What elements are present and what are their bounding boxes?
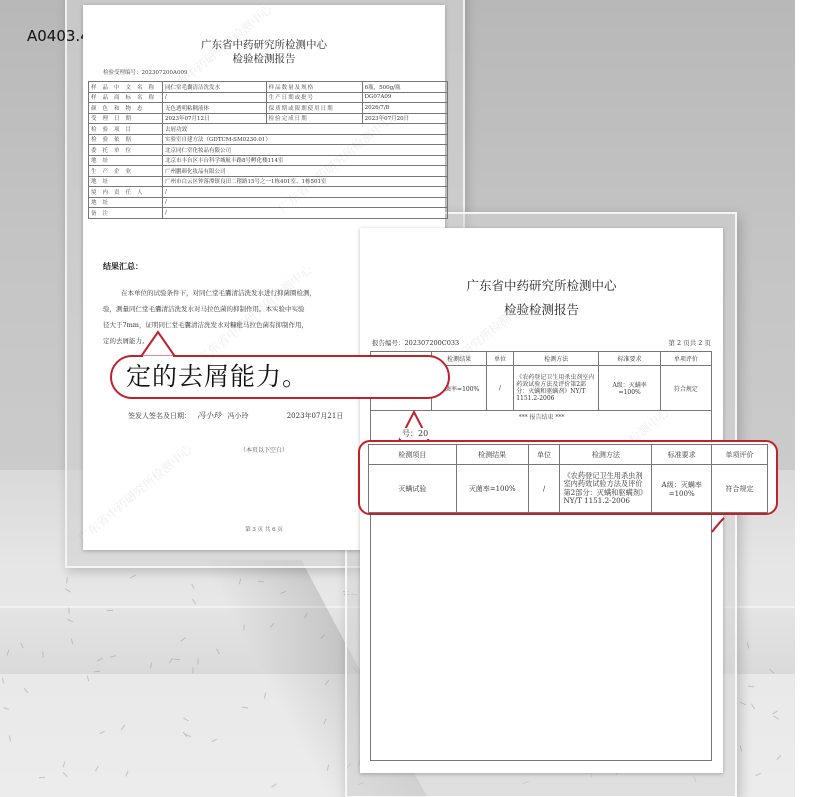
zoomed-text-callout: 定的去屑能力。: [110, 355, 450, 399]
report-end-marker: *** 报告结束 ***: [360, 412, 723, 421]
info-row: 颜色和物态无色透明粘稠液体保质期或限期使用日期2026/7/8: [89, 103, 448, 114]
cell-method: 《农药登记卫生用杀虫剂室内药效试验方法及评价第2部分：灭螨和驱螨剂》NY/T 1…: [514, 366, 599, 411]
info-label: 检验项目: [89, 124, 163, 135]
cell-evaluation: 符合规定: [712, 465, 768, 513]
table-row: 灭螨试验灭菌率=100%/《农药登记卫生用杀虫剂室内药效试验方法及评价第2部分：…: [369, 465, 768, 513]
column-header: 检测项目: [369, 445, 457, 465]
cell-method: 《农药登记卫生用杀虫剂室内药效试验方法及评价第2部分：灭螨和驱螨剂》NY/T 1…: [560, 465, 652, 513]
cell-result: 灭菌率=100%: [456, 465, 528, 513]
info-value: 广州市白云区钟落潭镇良田二稽路15号之一1栋401室、1栋501室: [163, 176, 448, 187]
info-label: 检验依据: [89, 134, 163, 145]
info-value: /: [163, 187, 448, 198]
info-value: 无色透明粘稠液体: [163, 103, 267, 114]
sign-date: 2023年07月21日: [287, 412, 344, 420]
report-title: 检验检测报告: [83, 51, 445, 66]
info-value: DG07A09: [362, 92, 447, 103]
info-row: 生产企业广州鹏颜化妆品有限公司: [89, 166, 448, 177]
info-row: 地址广州市白云区钟落潭镇良田二稽路15号之一1栋401室、1栋501室: [89, 176, 448, 187]
info-label: 生产企业: [89, 166, 163, 177]
acceptance-number: 检验受理编号：202307200A009: [103, 68, 187, 76]
info-label: 受理日期: [89, 113, 163, 124]
info-row: 地址/: [89, 197, 448, 208]
zoomed-table-callout: 检测项目检测结果单位检测方法标准要求单项评价 灭螨试验灭菌率=100%/《农药登…: [358, 440, 778, 515]
info-label: 生产日期或批号: [266, 92, 362, 103]
info-row: 样品中文名称同仁堂毛囊清洁洗发水样品数量及规格6瓶，500g/瓶: [89, 82, 448, 93]
report-org-title: 广东省中药研究所检测中心: [83, 37, 445, 52]
info-label: 地址: [89, 155, 163, 166]
column-header: 单项评价: [712, 445, 768, 465]
info-row: 委托单位北京同仁堂化妆品有限公司: [89, 145, 448, 156]
page-indicator: 第 2 页共 2 页: [668, 338, 711, 347]
cell-standard: A级：灭螨率=100%: [652, 465, 712, 513]
column-header: 检测结果: [456, 445, 528, 465]
info-value: 2023年07月20日: [362, 113, 447, 124]
info-value: 去屑功效: [163, 124, 448, 135]
info-value: 同仁堂毛囊清洁洗发水: [163, 82, 267, 93]
sample-info-table: 样品中文名称同仁堂毛囊清洁洗发水样品数量及规格6瓶，500g/瓶样品商标名称/生…: [88, 81, 448, 219]
report-title: 检验检测报告: [360, 300, 723, 318]
partial-report-number: 号：20: [400, 428, 430, 439]
info-label: 样品数量及规格: [266, 82, 362, 93]
column-header: 单项评价: [660, 352, 711, 366]
info-row: 检验依据实验室自建方法（GDTCM-SM0230.01）: [89, 134, 448, 145]
summary-heading: 结果汇总：: [103, 261, 143, 272]
report-org-title: 广东省中药研究所检测中心: [360, 276, 723, 294]
info-value: /: [163, 92, 267, 103]
info-label: 样品商标名称: [89, 92, 163, 103]
info-label: 地址: [89, 176, 163, 187]
zoomed-results-table: 检测项目检测结果单位检测方法标准要求单项评价 灭螨试验灭菌率=100%/《农药登…: [368, 444, 768, 513]
cell-unit: /: [528, 465, 560, 513]
info-value: 2023年07月12日: [163, 113, 267, 124]
info-value: 实验室自建方法（GDTCM-SM0230.01）: [163, 134, 448, 145]
info-value: 6瓶，500g/瓶: [362, 82, 447, 93]
column-header: 检测方法: [514, 352, 599, 366]
info-label: 样品中文名称: [89, 82, 163, 93]
info-label: 备注: [89, 208, 163, 219]
column-header: 单位: [486, 352, 513, 366]
report-number: 报告编号：202307200C033: [372, 338, 459, 347]
column-header: 检测方法: [560, 445, 652, 465]
cell-standard: A级：灭螨率=100%: [599, 366, 660, 411]
signer-label: 签发人签名及日期：: [128, 412, 191, 420]
info-label: 颜色和物态: [89, 103, 163, 114]
signature-block: 签发人签名及日期： 冯小玲 冯小玲 2023年07月21日: [128, 410, 343, 421]
info-row: 样品商标名称/生产日期或批号DG07A09: [89, 92, 448, 103]
info-value: 北京同仁堂化妆品有限公司: [163, 145, 448, 156]
cell-item: 灭螨试验: [369, 465, 457, 513]
column-header: 标准要求: [652, 445, 712, 465]
info-label: 境内责任人: [89, 187, 163, 198]
info-value: /: [163, 208, 448, 219]
info-label: 检验完成日期: [266, 113, 362, 124]
info-row: 地址北京市丰台区丰台科学城航丰路8号孵化楼114室: [89, 155, 448, 166]
info-value: 北京市丰台区丰台科学城航丰路8号孵化楼114室: [163, 155, 448, 166]
background-edge: [795, 0, 831, 797]
column-header: 单位: [528, 445, 560, 465]
info-value: /: [163, 197, 448, 208]
handwritten-signature: 冯小玲: [197, 411, 221, 420]
info-row: 备注/: [89, 208, 448, 219]
column-header: 标准要求: [599, 352, 660, 366]
info-row: 受理日期2023年07月12日检验完成日期2023年07月20日: [89, 113, 448, 124]
cell-unit: /: [486, 366, 513, 411]
info-row: 检验项目去屑功效: [89, 124, 448, 135]
info-label: 委托单位: [89, 145, 163, 156]
cell-evaluation: 符合规定: [660, 366, 711, 411]
signer-name: 冯小玲: [227, 412, 248, 420]
info-value: 2026/7/8: [362, 103, 447, 114]
info-label: 地址: [89, 197, 163, 208]
info-label: 保质期或限期使用日期: [266, 103, 362, 114]
info-value: 广州鹏颜化妆品有限公司: [163, 166, 448, 177]
info-row: 境内责任人/: [89, 187, 448, 198]
